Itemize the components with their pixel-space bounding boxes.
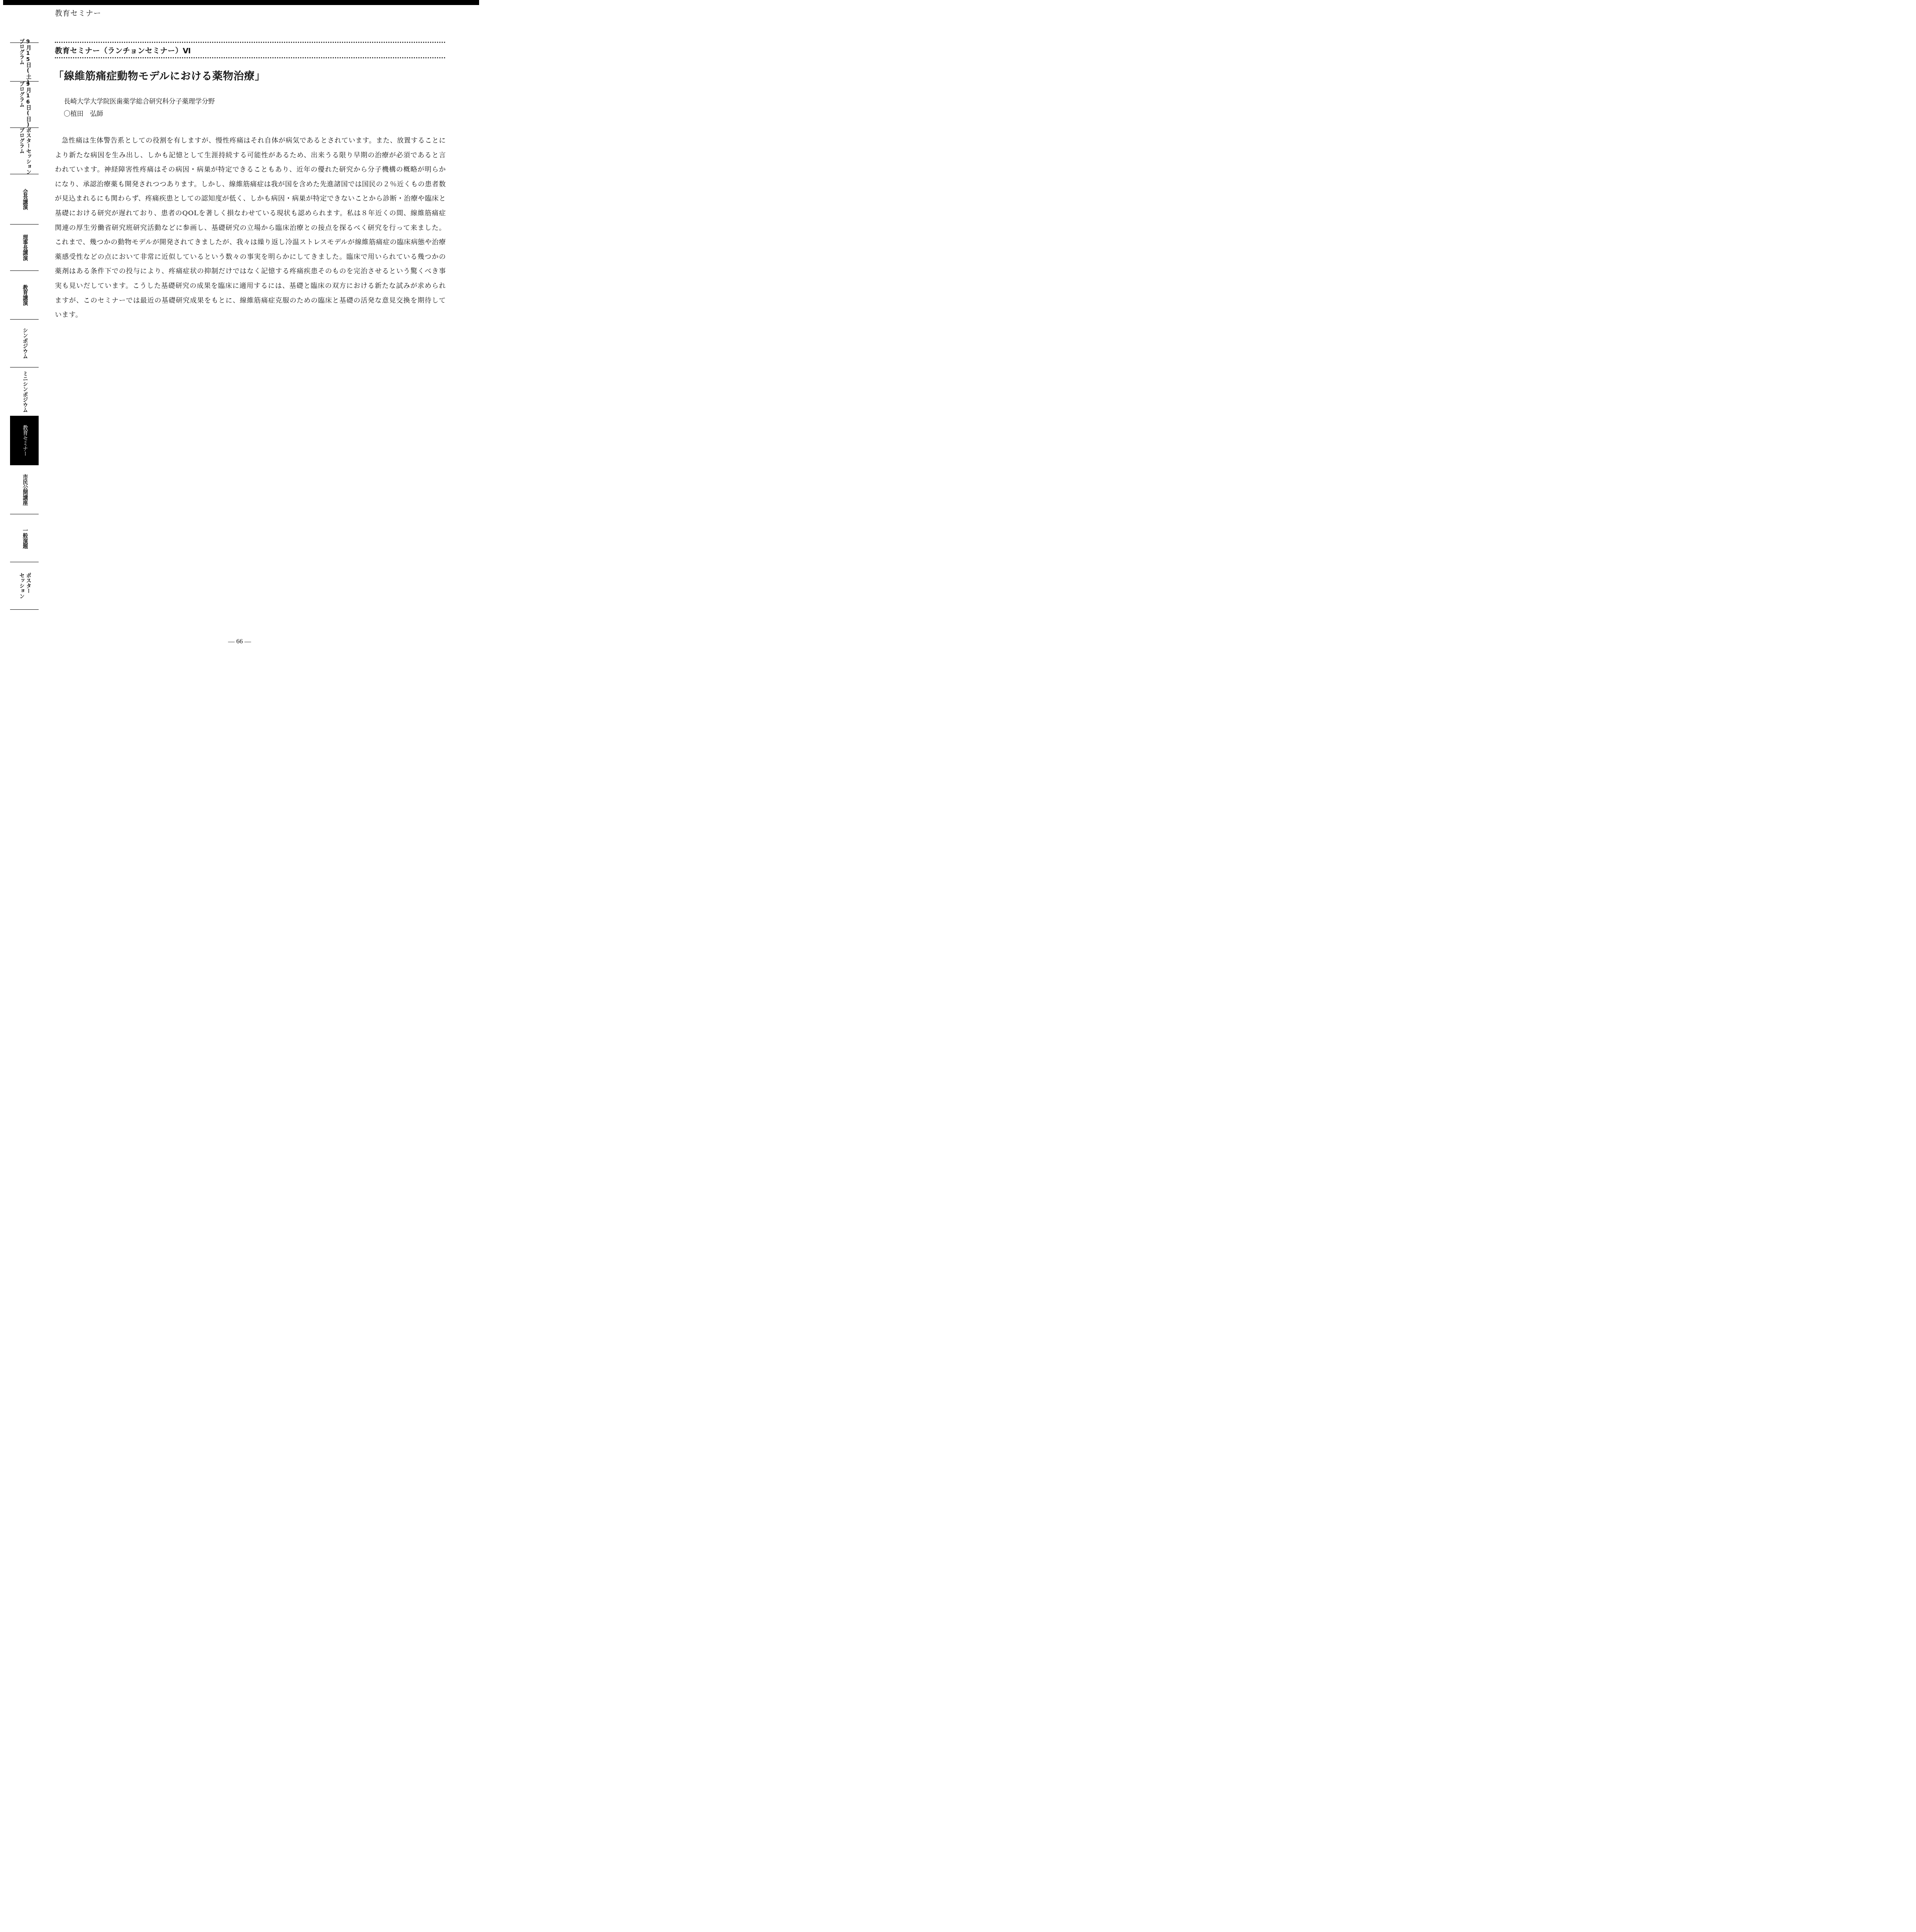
- tab-poster-session[interactable]: ポスターセッション: [10, 562, 39, 610]
- tab-label: 教育講演: [22, 285, 27, 306]
- tab-label: 教育セミナー: [22, 425, 27, 456]
- section-title: 教育セミナー（ランチョンセミナー）Ⅵ: [55, 43, 445, 57]
- tab-education-seminar[interactable]: 教育セミナー: [10, 416, 39, 465]
- running-head: 教育セミナー: [55, 8, 101, 18]
- tab-label: 理事長講演: [22, 235, 27, 261]
- tab-label: 市民公開講座: [22, 474, 27, 505]
- tab-label: ポスターセッション: [25, 128, 31, 175]
- tab-sep15-program[interactable]: 9月15日(土)プログラム: [10, 43, 39, 81]
- dotted-rule-bottom: [55, 57, 445, 58]
- tab-label: シンポジウム: [22, 328, 27, 359]
- tab-symposium[interactable]: シンポジウム: [10, 319, 39, 367]
- tab-sep16-program[interactable]: 9月16日(日)プログラム: [10, 81, 39, 128]
- tab-label: プログラム: [19, 128, 24, 175]
- tab-label: プログラム: [19, 81, 24, 128]
- tab-label: 会長講演: [22, 189, 27, 210]
- article-title: 「線維筋痛症動物モデルにおける薬物治療」: [53, 68, 265, 83]
- tab-president-lecture[interactable]: 会長講演: [10, 174, 39, 224]
- tab-label: ミニシンポジウム: [22, 371, 27, 413]
- tab-education-lecture[interactable]: 教育講演: [10, 270, 39, 319]
- top-black-bar: [3, 0, 479, 5]
- section-header: 教育セミナー（ランチョンセミナー）Ⅵ: [55, 42, 445, 58]
- section-index-tabs: 9月15日(土)プログラム 9月16日(日)プログラム ポスターセッションプログ…: [10, 43, 39, 610]
- tab-label: セッション: [19, 573, 24, 599]
- tab-label: プログラム: [19, 39, 24, 85]
- author-block: 長崎大学大学院医歯薬学総合研究科分子薬理学分野 〇植田 弘師: [64, 95, 215, 120]
- tab-poster-program[interactable]: ポスターセッションプログラム: [10, 128, 39, 174]
- tab-general-presentation[interactable]: 一般演題: [10, 514, 39, 562]
- page-number: — 66 —: [0, 638, 479, 645]
- tab-public-lecture[interactable]: 市民公開講座: [10, 465, 39, 514]
- tab-chairman-lecture[interactable]: 理事長講演: [10, 224, 39, 270]
- abstract-body: 急性痛は生体警告系としての役割を有しますが、慢性疼痛はそれ自体が病気であるとされ…: [55, 134, 446, 323]
- tab-label: ポスター: [25, 573, 31, 599]
- tab-label: 9月16日(日): [25, 81, 31, 128]
- affiliation: 長崎大学大学院医歯薬学総合研究科分子薬理学分野: [64, 95, 215, 108]
- tab-label: 一般演題: [22, 528, 27, 549]
- tab-label: 9月15日(土): [25, 39, 31, 85]
- author-name: 〇植田 弘師: [64, 108, 215, 120]
- tab-mini-symposium[interactable]: ミニシンポジウム: [10, 367, 39, 416]
